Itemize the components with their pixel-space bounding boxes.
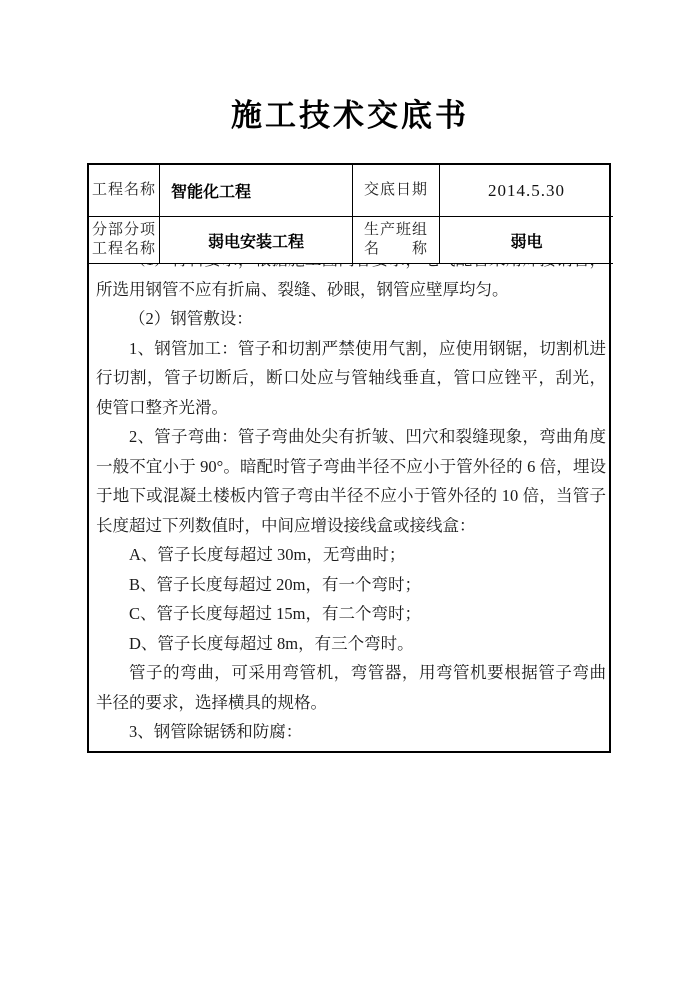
disclosure-date-label: 交底日期 <box>353 165 440 217</box>
content-paragraph: A、管子除锈：管内壁除锈可用圆形钢丝刷，两头各绑一根钢丝，来回拉动钢丝刷，把管内… <box>96 747 606 751</box>
project-name-value: 智能化工程 <box>160 165 353 217</box>
sub-project-label-line1: 分部分项 <box>92 221 156 240</box>
disclosure-table: 工程名称 智能化工程 交底日期 2014.5.30 分部分项 工程名称 弱电安装… <box>87 163 611 753</box>
content-paragraph: C、管子长度每超过 15m，有二个弯时； <box>96 599 606 629</box>
content-paragraph: （1）材料要求，根据施工图内容要求，电气配管采用焊接钢管，所选用钢管不应有折扁、… <box>96 264 606 304</box>
sub-project-label-line2: 工程名称 <box>92 240 156 259</box>
content-paragraph: B、管子长度每超过 20m，有一个弯时； <box>96 570 606 600</box>
sub-project-value: 弱电安装工程 <box>160 217 353 264</box>
production-team-label-line1: 生产班组 <box>364 221 428 240</box>
production-team-value: 弱电 <box>440 217 613 264</box>
content-paragraph: D、管子长度每超过 8m，有三个弯时。 <box>96 629 606 659</box>
disclosure-date-value: 2014.5.30 <box>440 165 613 217</box>
content-paragraph: 管子的弯曲，可采用弯管机，弯管器，用弯管机要根据管子弯曲半径的要求，选择横具的规… <box>96 658 606 717</box>
content-paragraph: 1、钢管加工：管子和切割严禁使用气割，应使用钢锯，切割机进行切割，管子切断后，断… <box>96 334 606 423</box>
content-paragraph: 3、钢管除锯锈和防腐： <box>96 717 606 747</box>
sub-project-label: 分部分项 工程名称 <box>89 217 160 264</box>
project-name-label: 工程名称 <box>89 165 160 217</box>
content-paragraph: 2、管子弯曲：管子弯曲处尖有折皱、凹穴和裂缝现象，弯曲角度一般不宜小于 90°。… <box>96 422 606 540</box>
content-body: （1）材料要求，根据施工图内容要求，电气配管采用焊接钢管，所选用钢管不应有折扁、… <box>96 264 606 751</box>
production-team-label: 生产班组 名 称 <box>353 217 440 264</box>
production-team-label-line2: 名 称 <box>364 240 428 259</box>
content-paragraph: A、管子长度每超过 30m，无弯曲时； <box>96 540 606 570</box>
document-title: 施工技术交底书 <box>0 90 700 135</box>
disclosure-content-cell: 交底内容： （1）材料要求，根据施工图内容要求，电气配管采用焊接钢管，所选用钢管… <box>89 264 613 751</box>
content-paragraph: （2）钢管敷设： <box>96 304 606 334</box>
document-page: 施工技术交底书 工程名称 智能化工程 交底日期 2014.5.30 分部分项 工… <box>0 0 700 990</box>
